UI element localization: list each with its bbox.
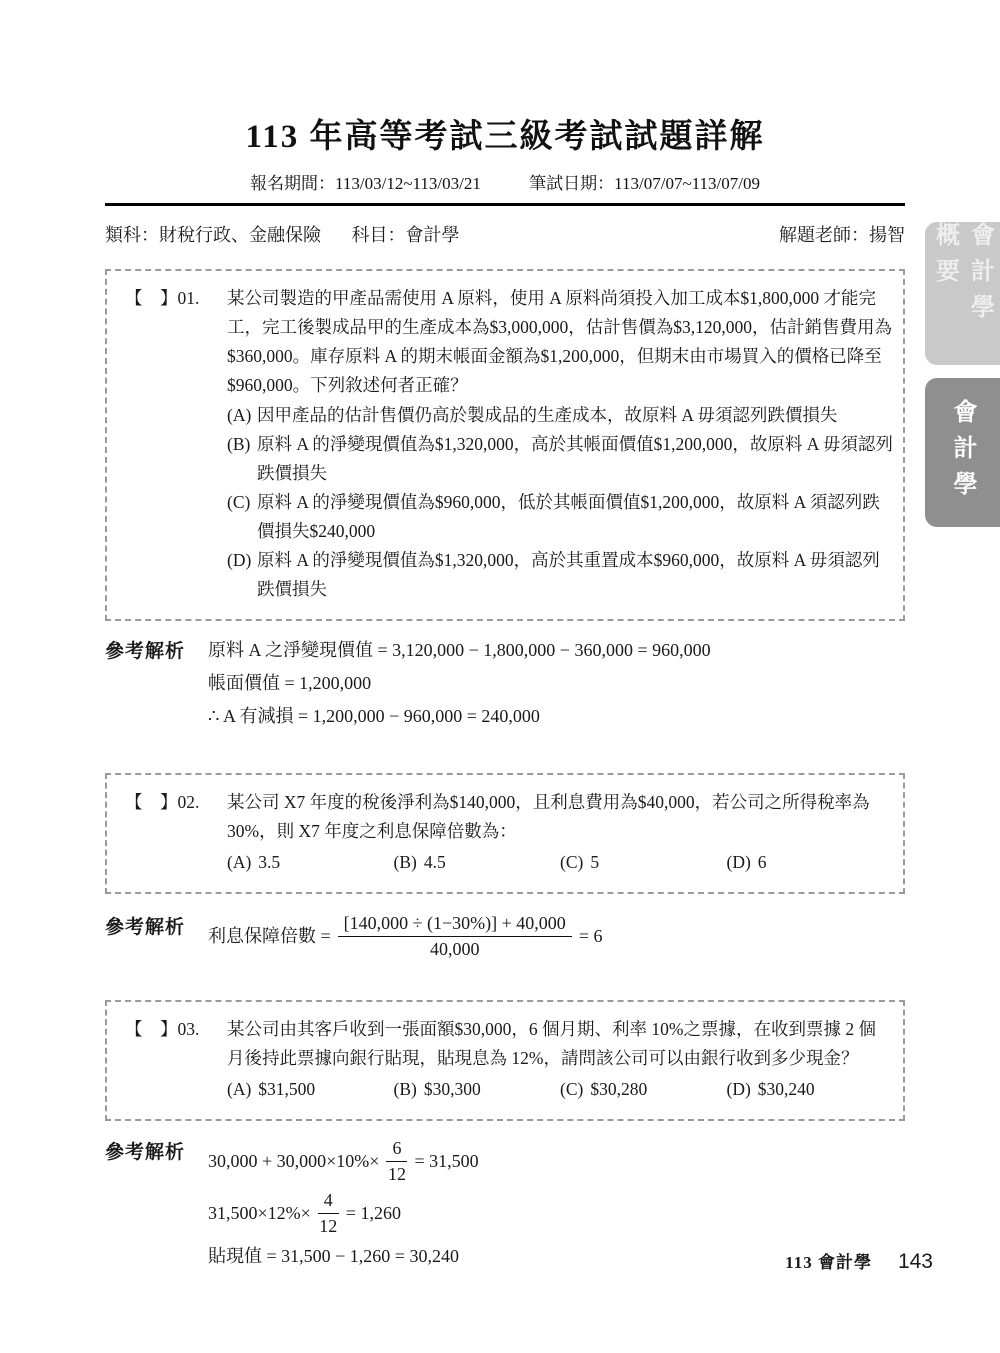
question-02-body: 某公司 X7 年度的稅後淨利為$140,000，且利息費用為$40,000，若公… — [227, 788, 893, 877]
side-tab-overview-label: 會計學概要 — [928, 222, 998, 365]
option-c-text: $30,280 — [590, 1079, 647, 1099]
option-b-text: 4.5 — [424, 852, 446, 872]
option-a: (A)3.5 — [227, 848, 394, 877]
question-02-row: 【 】02. 某公司 X7 年度的稅後淨利為$140,000，且利息費用為$40… — [125, 788, 893, 877]
option-d-label: (D) — [727, 1079, 751, 1099]
header-divider — [105, 203, 905, 206]
footer-page-number: 143 — [898, 1250, 933, 1274]
footer-book-title: 113 會計學 — [785, 1248, 872, 1273]
option-a: (A)$31,500 — [227, 1075, 394, 1104]
answer-bracket: 【 】 — [125, 1019, 178, 1039]
registration-period: 報名期間：113/03/12~113/03/21 — [250, 174, 481, 193]
option-a-text: $31,500 — [258, 1079, 315, 1099]
option-d-text: 6 — [758, 852, 767, 872]
option-a-text: 因甲產品的估計售價仍高於製成品的生產成本，故原料 A 毋須認列跌價損失 — [257, 401, 893, 430]
page-content: 113 年高等考試三級考試試題詳解 報名期間：113/03/12~113/03/… — [105, 0, 905, 1273]
question-number: 01. — [178, 288, 200, 308]
analysis-03-label: 參考解析 — [105, 1135, 208, 1164]
question-03-number: 【 】03. — [125, 1015, 227, 1044]
formula-fraction: [140,000 ÷ (1−30%)] + 40,000 40,000 — [338, 912, 572, 960]
formula-pre: 利息保障倍數 = — [208, 920, 331, 953]
analysis-01-body: 原料 A 之淨變現價值 = 3,120,000 − 1,800,000 − 36… — [208, 634, 905, 733]
exam-solution-page: 會計學概要 會計學 113 年高等考試三級考試試題詳解 報名期間：113/03/… — [0, 0, 1000, 1353]
meta-left: 類科：財稅行政、金融保險 科目：會計學 — [105, 221, 486, 247]
analysis-01-line-2: 帳面價值 = 1,200,000 — [208, 667, 905, 700]
solver-label: 解題老師：揚智 — [779, 221, 905, 247]
fraction-denominator: 40,000 — [430, 937, 480, 961]
option-c-text: 5 — [590, 852, 599, 872]
analysis-02-label: 參考解析 — [105, 910, 208, 939]
meta-row: 類科：財稅行政、金融保險 科目：會計學 解題老師：揚智 — [105, 221, 905, 247]
option-d-text: 原料 A 的淨變現價值為$1,320,000，高於其重置成本$960,000，故… — [257, 546, 893, 604]
answer-bracket: 【 】 — [125, 288, 178, 308]
question-01-row: 【 】01. 某公司製造的甲產品需使用 A 原料，使用 A 原料尚須投入加工成本… — [125, 284, 893, 604]
question-01-options: (A) 因甲產品的估計售價仍高於製成品的生產成本，故原料 A 毋須認列跌價損失 … — [227, 401, 893, 604]
option-b-label: (B) — [394, 852, 417, 872]
option-a-label: (A) — [227, 1079, 251, 1099]
subject-label: 科目：會計學 — [352, 225, 460, 245]
question-03-row: 【 】03. 某公司由其客戶收到一張面額$30,000，6 個月期、利率 10%… — [125, 1015, 893, 1104]
analysis-01-label: 參考解析 — [105, 634, 208, 663]
question-03-options: (A)$31,500 (B)$30,300 (C)$30,280 (D)$30,… — [227, 1075, 893, 1104]
question-02-stem: 某公司 X7 年度的稅後淨利為$140,000，且利息費用為$40,000，若公… — [227, 788, 893, 846]
line2-numerator: 4 — [318, 1189, 339, 1214]
line1-denominator: 12 — [388, 1162, 406, 1186]
option-d-text: $30,240 — [758, 1079, 815, 1099]
discount-interest-line: 31,500×12%× 4 12 = 1,260 — [208, 1187, 905, 1239]
exam-dates-line: 報名期間：113/03/12~113/03/21 筆試日期：113/07/07~… — [105, 169, 905, 194]
fraction-numerator: [140,000 ÷ (1−30%)] + 40,000 — [338, 912, 572, 937]
question-02-number: 【 】02. — [125, 788, 227, 817]
analysis-01-line-3: ∴ A 有減損 = 1,200,000 − 960,000 = 240,000 — [208, 700, 905, 733]
option-b-label: (B) — [394, 1079, 417, 1099]
option-d: (D) 原料 A 的淨變現價值為$1,320,000，高於其重置成本$960,0… — [227, 546, 893, 604]
question-number: 03. — [178, 1019, 200, 1039]
formula-result: = 6 — [579, 920, 603, 953]
line1-result: = 31,500 — [414, 1145, 478, 1178]
option-a-text: 3.5 — [258, 852, 280, 872]
maturity-value-line: 30,000 + 30,000×10%× 6 12 = 31,500 — [208, 1135, 905, 1187]
option-c-text: 原料 A 的淨變現價值為$960,000，低於其帳面價值$1,200,000，故… — [257, 488, 893, 546]
question-number: 02. — [178, 792, 200, 812]
option-c-label: (C) — [227, 488, 257, 517]
line1-fraction: 6 12 — [386, 1137, 407, 1185]
option-d-label: (D) — [227, 546, 257, 575]
analysis-01-line-1: 原料 A 之淨變現價值 = 3,120,000 − 1,800,000 − 36… — [208, 634, 905, 667]
option-b: (B) 原料 A 的淨變現價值為$1,320,000，高於其帳面價值$1,200… — [227, 430, 893, 488]
option-b: (B)4.5 — [394, 848, 561, 877]
option-c-label: (C) — [560, 852, 583, 872]
category-label: 類科：財稅行政、金融保險 — [105, 225, 321, 245]
answer-bracket: 【 】 — [125, 792, 178, 812]
line3-text: 貼現值 = 31,500 − 1,260 = 30,240 — [208, 1240, 459, 1273]
line1-numerator: 6 — [386, 1137, 407, 1162]
side-tab-accounting-overview: 會計學概要 — [925, 222, 1000, 365]
question-02-options: (A)3.5 (B)4.5 (C)5 (D)6 — [227, 848, 893, 877]
analysis-02: 參考解析 利息保障倍數 = [140,000 ÷ (1−30%)] + 40,0… — [105, 910, 905, 962]
option-b-text: 原料 A 的淨變現價值為$1,320,000，高於其帳面價值$1,200,000… — [257, 430, 893, 488]
analysis-01: 參考解析 原料 A 之淨變現價值 = 3,120,000 − 1,800,000… — [105, 634, 905, 733]
interest-coverage-formula: 利息保障倍數 = [140,000 ÷ (1−30%)] + 40,000 40… — [208, 910, 905, 962]
line2-denominator: 12 — [319, 1214, 337, 1238]
option-c-label: (C) — [560, 1079, 583, 1099]
line1-pre: 30,000 + 30,000×10%× — [208, 1145, 379, 1178]
question-03-body: 某公司由其客戶收到一張面額$30,000，6 個月期、利率 10%之票據，在收到… — [227, 1015, 893, 1104]
option-d: (D)6 — [727, 848, 894, 877]
option-c: (C)$30,280 — [560, 1075, 727, 1104]
page-title: 113 年高等考試三級考試試題詳解 — [105, 110, 905, 157]
option-b: (B)$30,300 — [394, 1075, 561, 1104]
option-a: (A) 因甲產品的估計售價仍高於製成品的生產成本，故原料 A 毋須認列跌價損失 — [227, 401, 893, 430]
written-exam-date: 筆試日期：113/07/07~113/07/09 — [529, 174, 760, 193]
line2-pre: 31,500×12%× — [208, 1197, 311, 1230]
option-d-label: (D) — [727, 852, 751, 872]
side-tab-accounting-label: 會計學 — [945, 399, 980, 507]
option-a-label: (A) — [227, 401, 257, 430]
side-tab-accounting: 會計學 — [925, 378, 1000, 527]
analysis-02-body: 利息保障倍數 = [140,000 ÷ (1−30%)] + 40,000 40… — [208, 910, 905, 962]
page-footer: 113 會計學 143 — [785, 1248, 933, 1274]
option-c: (C) 原料 A 的淨變現價值為$960,000，低於其帳面價值$1,200,0… — [227, 488, 893, 546]
question-box-02: 【 】02. 某公司 X7 年度的稅後淨利為$140,000，且利息費用為$40… — [105, 773, 905, 894]
option-a-label: (A) — [227, 852, 251, 872]
question-box-03: 【 】03. 某公司由其客戶收到一張面額$30,000，6 個月期、利率 10%… — [105, 1000, 905, 1121]
option-b-text: $30,300 — [424, 1079, 481, 1099]
question-01-body: 某公司製造的甲產品需使用 A 原料，使用 A 原料尚須投入加工成本$1,800,… — [227, 284, 893, 604]
option-d: (D)$30,240 — [727, 1075, 894, 1104]
line2-fraction: 4 12 — [318, 1189, 339, 1237]
question-box-01: 【 】01. 某公司製造的甲產品需使用 A 原料，使用 A 原料尚須投入加工成本… — [105, 269, 905, 621]
option-c: (C)5 — [560, 848, 727, 877]
line2-result: = 1,260 — [346, 1197, 401, 1230]
question-01-stem: 某公司製造的甲產品需使用 A 原料，使用 A 原料尚須投入加工成本$1,800,… — [227, 284, 893, 400]
question-01-number: 【 】01. — [125, 284, 227, 313]
question-03-stem: 某公司由其客戶收到一張面額$30,000，6 個月期、利率 10%之票據，在收到… — [227, 1015, 893, 1073]
option-b-label: (B) — [227, 430, 257, 459]
